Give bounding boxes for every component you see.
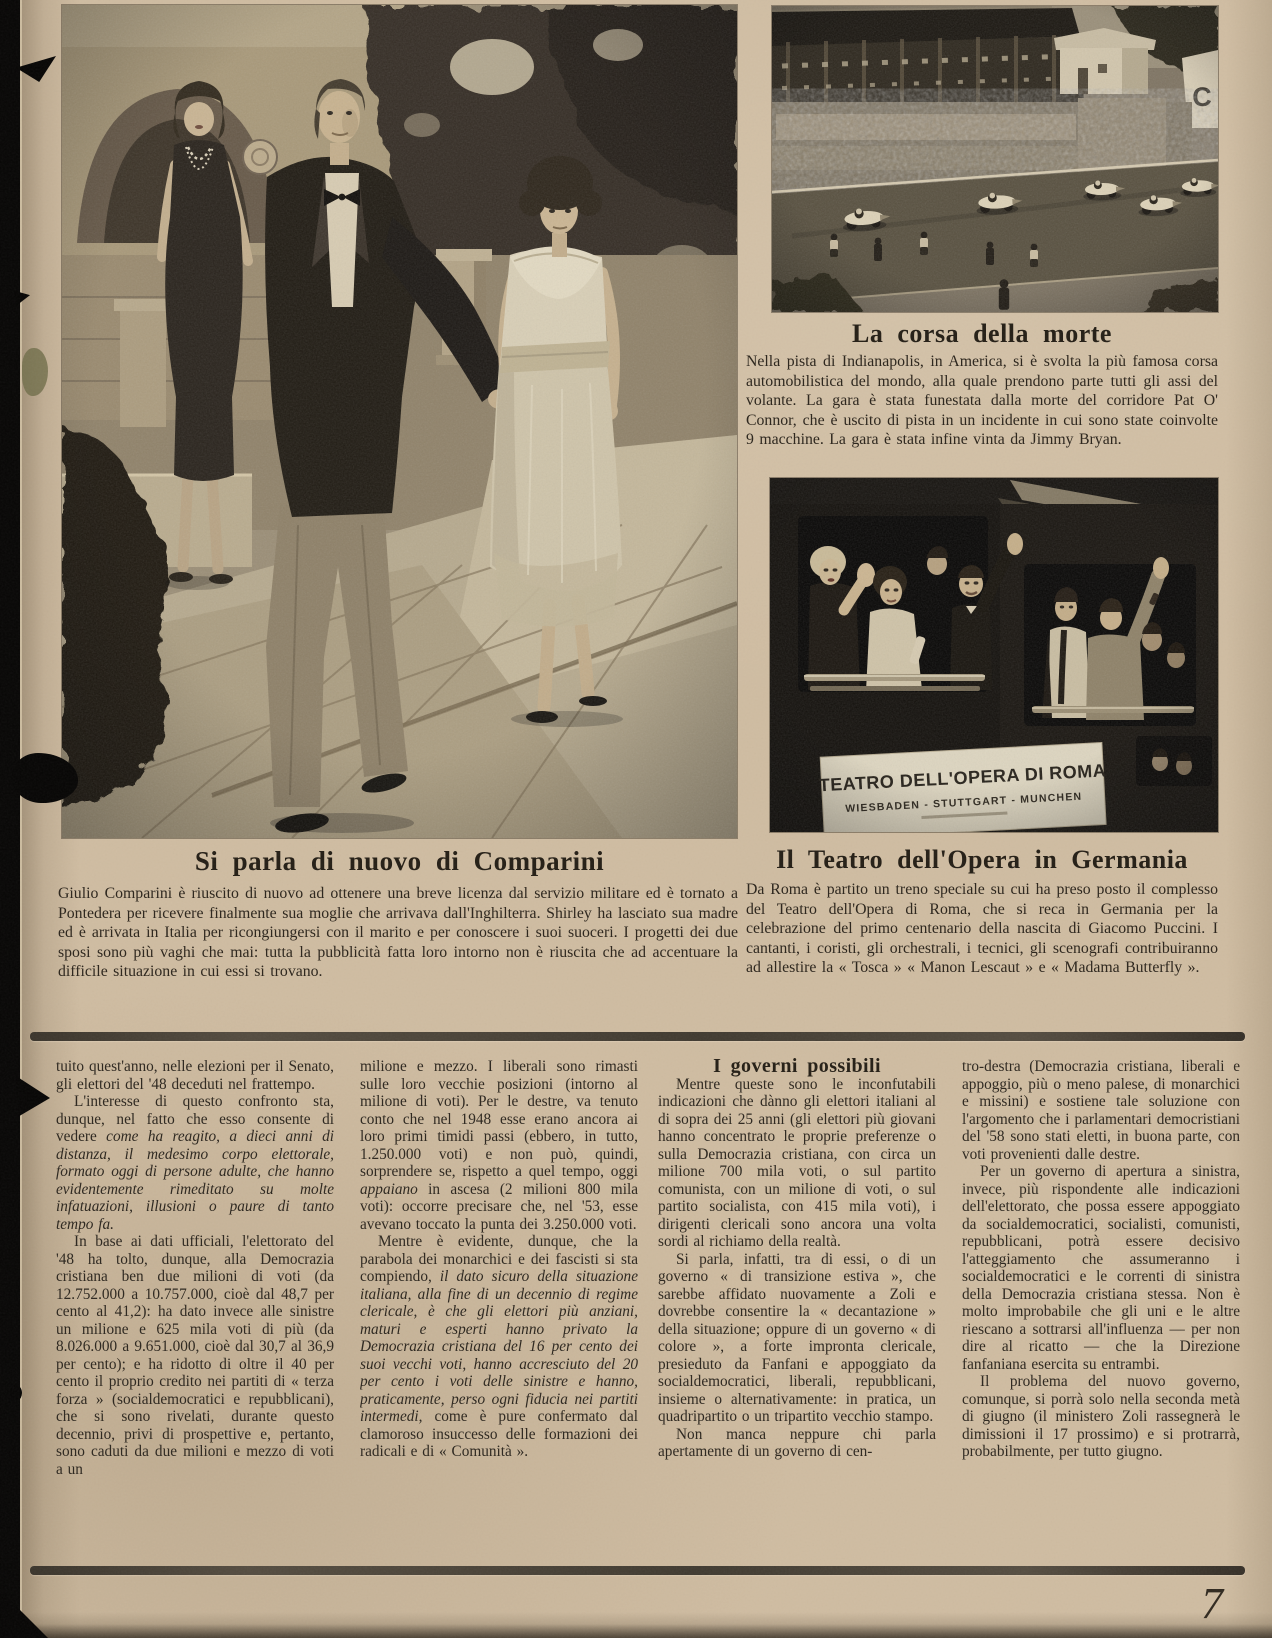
opera-caption-title: Il Teatro dell'Opera in Germania [746, 845, 1218, 874]
opera-caption-body: Da Roma è partito un treno speciale su c… [746, 880, 1218, 1002]
article-paragraph: milione e mezzo. I liberali sono rimasti… [360, 1058, 638, 1233]
article-paragraph: tuito quest'anno, nelle elezioni per il … [56, 1058, 334, 1093]
article-paragraph: L'interesse di questo confronto sta, dun… [56, 1093, 334, 1233]
article-paragraph: Mentre è evidente, dunque, che la parabo… [360, 1233, 638, 1461]
torn-edge [10, 1385, 22, 1401]
indianapolis-race-photo: C [772, 6, 1218, 312]
bottom-divider-rule [30, 1566, 1245, 1575]
magazine-scan: { "page": { "number": "7" }, "captions":… [0, 0, 1272, 1638]
article-section-title: I governi possibili [658, 1058, 936, 1076]
page-number: 7 [1182, 1578, 1242, 1629]
race-caption-body: Nella pista di Indianapolis, in America,… [746, 352, 1218, 472]
train-photo-illustration: TEATRO DELL'OPERA DI ROMA WIESBADEN - ST… [770, 478, 1218, 832]
magazine-page: C [20, 0, 1272, 1638]
article-column-3: I governi possibili Mentre queste sono l… [658, 1058, 936, 1563]
article-paragraph: Mentre queste sono le inconfutabili indi… [658, 1076, 936, 1251]
page-bottom-shadow [20, 1624, 1272, 1638]
race-photo-illustration: C [772, 6, 1218, 312]
article-paragraph: Il problema del nuovo governo, comunque,… [962, 1373, 1240, 1461]
comparini-caption-body: Giulio Comparini è riuscito di nuovo ad … [58, 884, 738, 1004]
article-paragraph: tro-destra (Democrazia cristiana, libera… [962, 1058, 1240, 1163]
couple-photo-illustration [62, 5, 737, 838]
article-paragraph: Per un governo di apertura a sinistra, i… [962, 1163, 1240, 1373]
article-paragraph: Si parla, infatti, tra di essi, o di un … [658, 1251, 936, 1426]
article-paragraph: Non manca neppure chi parla apertamente … [658, 1426, 936, 1461]
article-column-2: milione e mezzo. I liberali sono rimasti… [360, 1058, 638, 1563]
comparini-couple-photo [62, 5, 737, 838]
top-divider-rule [30, 1032, 1245, 1041]
article-column-1: tuito quest'anno, nelle elezioni per il … [56, 1058, 334, 1563]
article-column-4: tro-destra (Democrazia cristiana, libera… [962, 1058, 1240, 1563]
article-paragraph: In base ai dati ufficiali, l'elettorato … [56, 1233, 334, 1478]
comparini-caption-title: Si parla di nuovo di Comparini [62, 846, 737, 876]
opera-train-photo: TEATRO DELL'OPERA DI ROMA WIESBADEN - ST… [770, 478, 1218, 832]
race-caption-title: La corsa della morte [746, 319, 1218, 348]
